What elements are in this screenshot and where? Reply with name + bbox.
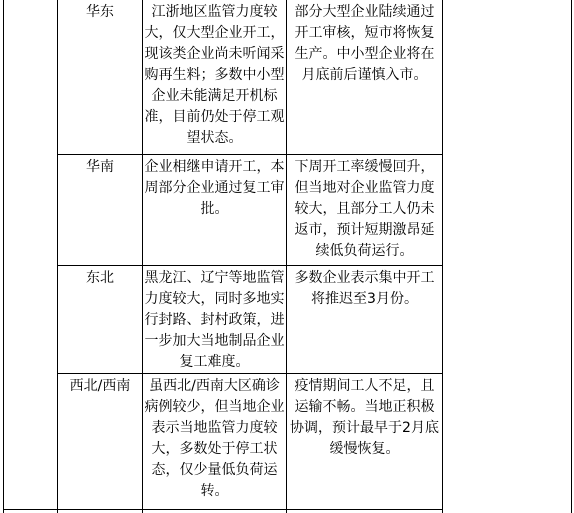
table-cell-current-status: 虽西北/西南大区确诊病例较少，但当地企业表示当地监管力度较大，多数处于停工状态，… [143,375,286,509]
row-divider-2 [57,265,443,266]
table-cell-region: 华东 [58,1,142,23]
table-cell-current-status: 企业相继申请开工，本周部分企业通过复工审批。 [143,156,286,264]
table-cell-current-status: 江浙地区监管力度较大，仅大型企业开工，现该类企业尚未听闻采购再生料；多数中小型企… [143,1,286,154]
table-column-divider-1 [57,0,58,513]
table-cell-current-status: 黑龙江、辽宁等地监管力度较大，同时多地实行封路、封村政策，进一步加大当地制品企业… [143,267,286,372]
table-cell-outlook: 疫情期间工人不足，且运输不畅。当地正积极协调，预计最早于2月底缓慢恢复。 [287,375,442,509]
table-border-right [571,0,572,513]
table-cell-region: 西北/西南 [58,375,142,397]
table-cell-outlook: 下周开工率缓慢回升，但当地对企业监管力度较大，且部分工人仍未返市，预计短期激昂延… [287,156,442,264]
row-divider-3 [57,373,443,374]
table-border-left [3,0,4,513]
table-cell-region: 华南 [58,156,142,178]
table-cell-outlook: 部分大型企业陆续通过开工审核，短市将恢复生产。中小型企业将在月底前后谨慎入市。 [287,1,442,154]
table-border-bottom [3,509,443,510]
table-cell-outlook: 多数企业表示集中开工将推迟至3月份。 [287,267,442,372]
table-cell-region: 东北 [58,267,142,289]
row-divider-1 [57,154,443,155]
table-column-divider-4 [442,0,443,513]
